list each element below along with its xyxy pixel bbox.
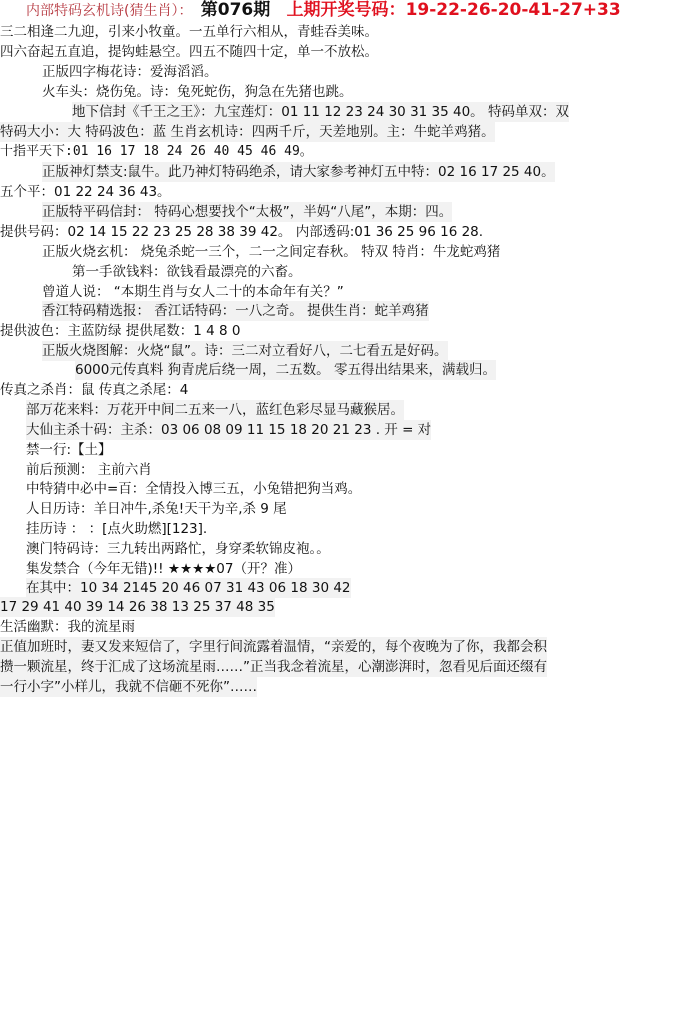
among-numbers: 在其中：10 34 2145 20 46 07 31 43 06 18 30 4… bbox=[26, 578, 351, 598]
plum-poem: 正版四字梅花诗：爱海滔滔。 bbox=[42, 62, 218, 82]
flower-material: 部万花来料：万花开中间二五来一八，蓝红色彩尽显马藏猴居。 bbox=[26, 400, 404, 420]
underground-envelope: 地下信封《千王之王》：九宝莲灯：01 11 12 23 24 30 31 35 … bbox=[72, 102, 569, 122]
page-header: 内部特码玄机诗(猜生肖）： 第076期 上期开奖号码：19-22-26-20-4… bbox=[26, 0, 621, 21]
poem-line-1: 三二相逢二九迎，引来小牧童。一五单行六相从，青蛙吞美味。 bbox=[0, 22, 378, 42]
ten-fingers: 十指平天下:01 16 17 18 24 26 40 45 46 49。 bbox=[0, 142, 313, 162]
provided-colors: 提供波色：主蓝防绿 提供尾数：1 4 8 0 bbox=[0, 321, 241, 341]
immortal-kill: 大仙主杀十码：主杀：03 06 08 09 11 15 18 20 21 23 … bbox=[26, 420, 431, 440]
five-flat: 五个平：01 22 24 36 43。 bbox=[0, 182, 171, 202]
fire-mystery: 正版火烧玄机： 烧兔杀蛇一三个，二一之间定春秋。 特双 特肖：牛龙蛇鸡猪 bbox=[42, 242, 500, 262]
fire-diagram: 正版火烧图解：火烧“鼠”。诗：三二对立看好八，二七看五是好码。 bbox=[42, 341, 448, 361]
header-title: 内部特码玄机诗(猜生肖）： bbox=[26, 3, 192, 19]
poem-line-2: 四六奋起五直追，提钩蛙悬空。四五不随四十定，单一不放松。 bbox=[0, 42, 378, 62]
last-draw-numbers: 19-22-26-20-41-27+33 bbox=[406, 0, 621, 20]
humor-text-3: 一行小字”小样儿，我就不信砸不死你”…… bbox=[0, 677, 257, 697]
provided-numbers: 提供号码：02 14 15 22 23 25 28 38 39 42。 内部透码… bbox=[0, 222, 483, 242]
fax-kill: 传真之杀肖：鼠 传真之杀尾：4 bbox=[0, 380, 188, 400]
humor-text-2: 攒一颗流星，终于汇成了这场流星雨……”正当我念着流星，心潮澎湃时，忽看见后面还缀… bbox=[0, 657, 547, 677]
flat-code-envelope: 正版特平码信封： 特码心想要找个“太极”，半妈“八尾”，本期：四。 bbox=[42, 202, 452, 222]
fax-material: 6000元传真料 狗青虎后绕一周，二五数。 零五得出结果来，满载归。 bbox=[75, 360, 496, 380]
train-head: 火车头：烧伤兔。诗：兔死蛇伤，狗急在先猪也跳。 bbox=[42, 82, 353, 102]
divine-lamp: 正版神灯禁支:鼠牛。此乃神灯特码绝杀，请大家参考神灯五中特：02 16 17 2… bbox=[42, 162, 555, 182]
zeng-says: 曾道人说： “本期生肖与女人二十的本命年有关？” bbox=[42, 282, 344, 302]
must-hit: 中特猜中必中=百：全情投入博三五，小兔错把狗当鸡。 bbox=[26, 479, 361, 499]
calendar-poem: 人日历诗：羊日冲牛,杀兔!天干为辛,杀 9 尾 bbox=[26, 499, 287, 519]
collection-ban: 集发禁合（今年无错)!! ★★★★07（开？准） bbox=[26, 559, 301, 579]
humor-title: 生活幽默：我的流星雨 bbox=[0, 617, 135, 637]
hanging-calendar: 挂历诗 ： ：[点火助燃][123]. bbox=[26, 519, 207, 539]
number-list: 17 29 41 40 39 14 26 38 13 25 37 48 35 bbox=[0, 597, 275, 617]
xiangjiang-report: 香江特码精选报： 香江话特码：一八之奇。 提供生肖：蛇羊鸡猪 bbox=[42, 301, 429, 321]
forbidden-row: 禁一行:【土】 bbox=[26, 440, 112, 460]
macau-poem: 澳门特码诗：三九转出两路忙，身穿柔软锦皮袍。。 bbox=[26, 539, 330, 559]
special-size-color: 特码大小：大 特码波色：蓝 生肖玄机诗：四两千斤，天差地别。主：牛蛇羊鸡猪。 bbox=[0, 122, 495, 142]
issue-number: 第076期 bbox=[201, 0, 271, 20]
last-draw-label: 上期开奖号码： bbox=[287, 0, 406, 20]
first-hand: 第一手欲钱料：欲钱看最漂亮的六畜。 bbox=[72, 262, 302, 282]
humor-text-1: 正值加班时，妻又发来短信了，字里行间流露着温情，“亲爱的，每个夜晚为了你，我都会… bbox=[0, 637, 547, 657]
prediction: 前后预测： 主前六肖 bbox=[26, 460, 152, 480]
